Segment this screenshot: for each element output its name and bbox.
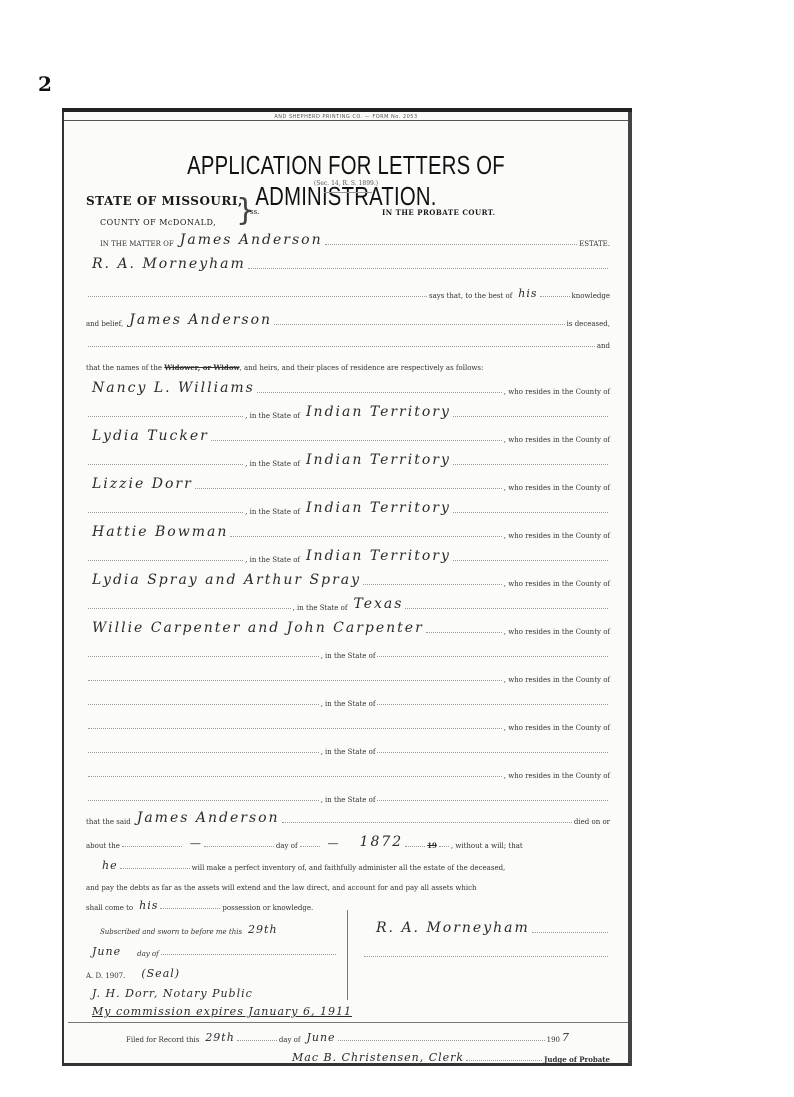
debts-text: and pay the debts as far as the assets w…: [86, 884, 477, 892]
county-of-label: , who resides in the County of: [504, 532, 610, 540]
without-will-label: , without a will; that: [451, 842, 523, 850]
heir-row-8-state: , in the State of: [86, 738, 610, 756]
heir-name: Nancy L. Williams: [92, 380, 255, 396]
heir-name: Willie Carpenter and John Carpenter: [92, 620, 424, 636]
heir-row-6-state: , in the State of: [86, 642, 610, 660]
heirs-intro-text: that the names of the: [86, 364, 162, 372]
pronoun-his-2: his: [139, 899, 158, 912]
ad-year-line: A. D. 1907. (Seal): [86, 962, 338, 980]
filed-label: Filed for Record this: [126, 1036, 199, 1044]
about-label: about the: [86, 842, 120, 850]
heir-name: Lydia Spray and Arthur Spray: [92, 572, 361, 588]
state-of-label: , in the State of: [321, 796, 376, 804]
state-of-label: , in the State of: [245, 508, 300, 516]
death-date-line: about the — day of — 1872 19 , without a…: [86, 832, 610, 850]
clerk-signature: Mac B. Christensen, Clerk: [292, 1051, 464, 1064]
struck-19: 19: [427, 841, 437, 850]
year-prefix: 190: [547, 1036, 560, 1044]
county-of-label: , who resides in the County of: [504, 676, 610, 684]
commission-expiry: My commission expires January 6, 1911: [92, 1005, 352, 1018]
county-of-label: , who resides in the County of: [504, 388, 610, 396]
knowledge-label: knowledge: [572, 292, 610, 300]
heir-state: Indian Territory: [306, 548, 451, 564]
signature-blank-line: [362, 942, 610, 960]
death-day: —: [190, 837, 202, 850]
ss-label: ss.: [250, 208, 259, 216]
heir-row-3-name: Lizzie Dorr , who resides in the County …: [86, 474, 610, 492]
pronoun-his: his: [518, 287, 537, 300]
sworn-month: June: [92, 945, 121, 958]
heir-row-7-name: , who resides in the County of: [86, 666, 610, 684]
applicant-line: R. A. Morneyham: [86, 254, 610, 272]
day-of-label: day of: [137, 950, 159, 958]
state-of-label: , in the State of: [321, 652, 376, 660]
inventory-line: he will make a perfect inventory of, and…: [86, 854, 610, 872]
state-of-label: , in the State of: [293, 604, 348, 612]
filed-day: 29th: [205, 1031, 235, 1044]
heir-row-7-state: , in the State of: [86, 690, 610, 708]
state-of-label: , in the State of: [321, 748, 376, 756]
that-said-label: that the said: [86, 818, 131, 826]
heir-row-4-state: , in the State of Indian Territory: [86, 546, 610, 564]
matter-line: IN THE MATTER OF James Anderson ESTATE.: [86, 230, 610, 248]
state-of-label: , in the State of: [245, 556, 300, 564]
matter-label: IN THE MATTER OF: [100, 240, 174, 248]
heir-row-2-state: , in the State of Indian Territory: [86, 450, 610, 468]
debts-line: and pay the debts as far as the assets w…: [86, 874, 610, 892]
deceased-name: James Anderson: [129, 312, 272, 328]
filed-month: June: [306, 1031, 335, 1044]
clerk-line: Mac B. Christensen, Clerk Judge of Proba…: [86, 1046, 610, 1064]
county-of-label: , who resides in the County of: [504, 484, 610, 492]
filing-divider: [68, 1022, 628, 1023]
heir-row-5-name: Lydia Spray and Arthur Spray , who resid…: [86, 570, 610, 588]
heir-state: Indian Territory: [306, 452, 451, 468]
inventory-text: will make a perfect inventory of, and fa…: [192, 864, 506, 872]
heir-row-2-name: Lydia Tucker , who resides in the County…: [86, 426, 610, 444]
sworn-day: 29th: [248, 923, 278, 936]
court-label: IN THE PROBATE COURT.: [382, 208, 496, 217]
applicant-signature: R. A. Morneyham: [376, 920, 530, 936]
is-deceased-label: is deceased,: [567, 320, 610, 328]
heirs-intro: that the names of the Widower, or Widow …: [86, 354, 610, 372]
said-name: James Anderson: [137, 810, 280, 826]
county-of-label: , who resides in the County of: [504, 772, 610, 780]
deceased-line: and belief, James Anderson is deceased,: [86, 310, 610, 328]
says-label: says that, to the best of: [429, 292, 512, 300]
possession-line: shall come to his possession or knowledg…: [86, 894, 610, 912]
state-of-label: , in the State of: [245, 412, 300, 420]
sworn-month-line: June day of: [86, 940, 338, 958]
and-label: and: [597, 342, 610, 350]
and-line: and: [86, 332, 610, 350]
heir-row-3-state: , in the State of Indian Territory: [86, 498, 610, 516]
possession-label: possession or knowledge.: [222, 904, 313, 912]
notary-signature: J. H. Dorr, Notary Public: [92, 987, 253, 1000]
belief-label: and belief,: [86, 320, 123, 328]
heir-row-1-name: Nancy L. Williams , who resides in the C…: [86, 378, 610, 396]
notary-line: J. H. Dorr, Notary Public: [86, 982, 338, 1000]
statute-reference: (Sec. 14, R. S. 1899.): [64, 180, 628, 187]
struck-widow-text: Widower, or Widow: [164, 363, 239, 372]
commission-line: My commission expires January 6, 1911: [86, 1000, 610, 1018]
shall-come-label: shall come to: [86, 904, 133, 912]
day-of-label: day of: [279, 1036, 301, 1044]
died-label: died on or: [574, 818, 610, 826]
county-of-label: , who resides in the County of: [504, 580, 610, 588]
sworn-line: Subscribed and sworn to before me this 2…: [86, 918, 338, 936]
heir-row-6-name: Willie Carpenter and John Carpenter , wh…: [86, 618, 610, 636]
heir-state: Indian Territory: [306, 500, 451, 516]
filed-line: Filed for Record this 29th day of June 1…: [86, 1026, 610, 1044]
applicant-signature-line: R. A. Morneyham: [362, 918, 610, 936]
heir-state: Indian Territory: [306, 404, 451, 420]
day-of-label: day of: [276, 842, 298, 850]
heirs-intro-text-end: , and heirs, and their places of residen…: [240, 364, 484, 372]
death-month: —: [328, 837, 340, 850]
heir-row-9-name: , who resides in the County of: [86, 762, 610, 780]
pronoun-he: he: [102, 859, 118, 872]
death-year: 1872: [360, 834, 404, 850]
heir-name: Lydia Tucker: [92, 428, 209, 444]
heir-name: Lizzie Dorr: [92, 476, 193, 492]
judge-label: Judge of Probate: [544, 1055, 610, 1064]
sworn-label: Subscribed and sworn to before me this: [100, 928, 242, 936]
state-label: STATE OF MISSOURI,: [86, 194, 243, 208]
heir-state: Texas: [353, 596, 403, 612]
heir-name: Hattie Bowman: [92, 524, 228, 540]
knowledge-line: says that, to the best of his knowledge: [86, 282, 610, 300]
estate-label: ESTATE.: [579, 240, 610, 248]
jurat-divider: [347, 910, 348, 1000]
county-of-label: , who resides in the County of: [504, 724, 610, 732]
heir-row-4-name: Hattie Bowman , who resides in the Count…: [86, 522, 610, 540]
seal-mark: (Seal): [141, 967, 180, 980]
printer-header-strip: AND SHEPHERD PRINTING CO. — FORM No. 205…: [64, 114, 628, 121]
heir-row-8-name: , who resides in the County of: [86, 714, 610, 732]
county-of-label: , who resides in the County of: [504, 628, 610, 636]
applicant-name: R. A. Morneyham: [92, 256, 246, 272]
county-of-label: , who resides in the County of: [504, 436, 610, 444]
application-form: AND SHEPHERD PRINTING CO. — FORM No. 205…: [62, 110, 632, 1066]
said-deceased-line: that the said James Anderson died on or: [86, 808, 610, 826]
heir-row-9-state: , in the State of: [86, 786, 610, 804]
state-of-label: , in the State of: [245, 460, 300, 468]
year-suffix: 7: [562, 1031, 570, 1044]
statute-divider: [324, 192, 372, 193]
matter-name: James Anderson: [180, 232, 323, 248]
heir-row-5-state: , in the State of Texas: [86, 594, 610, 612]
page-number: 2: [38, 72, 52, 96]
ad-year: A. D. 1907.: [86, 972, 125, 980]
state-of-label: , in the State of: [321, 700, 376, 708]
county-label: COUNTY OF McDONALD,: [100, 218, 216, 227]
heir-row-1-state: , in the State of Indian Territory: [86, 402, 610, 420]
